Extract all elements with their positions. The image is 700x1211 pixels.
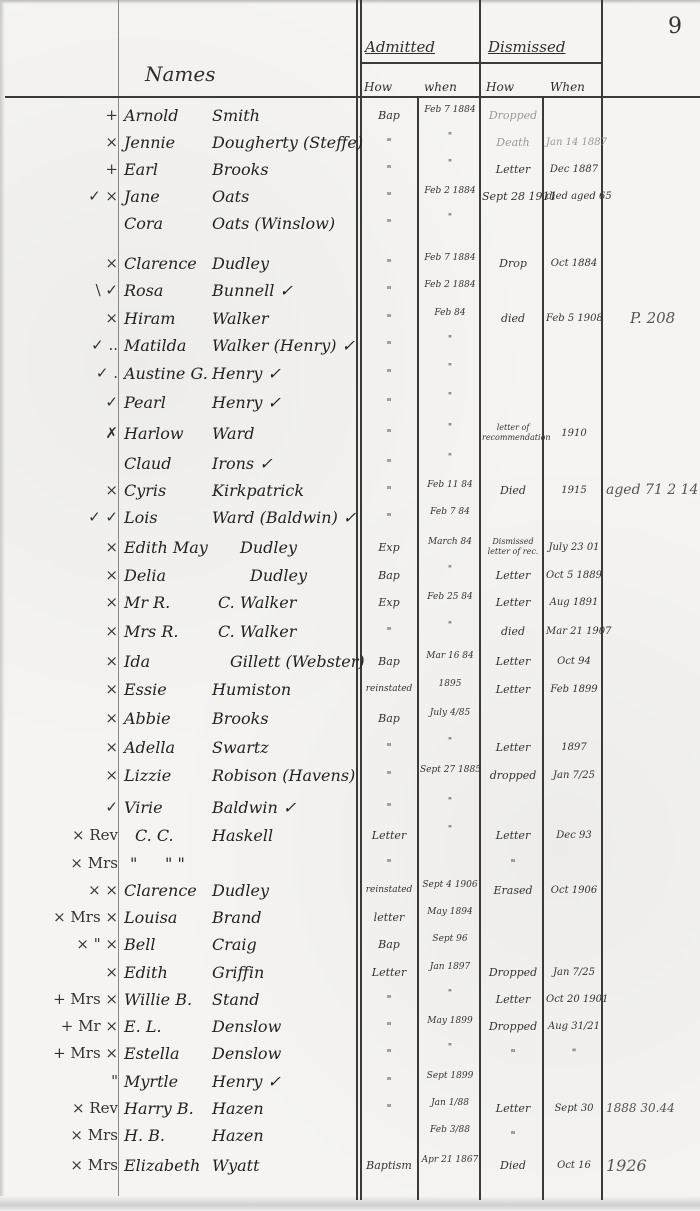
row-dismissed-how: Dropped (482, 102, 544, 129)
row-dismissed-when (546, 102, 602, 129)
row-first-name: Elizabeth (124, 1152, 214, 1179)
row-admitted-when: " (420, 420, 480, 450)
row-last-name: Griffin (212, 959, 360, 986)
row-note (606, 794, 700, 821)
row-dismissed-when: Jan 7/25 (546, 762, 602, 789)
register-row: × Essie Humiston reinstated 1895 Letter … (0, 676, 700, 703)
row-marks: ✓ (10, 794, 118, 821)
row-admitted-how: Exp (362, 534, 416, 561)
register-row: × Rev C. C. Haskell Letter " Letter Dec … (0, 822, 700, 849)
row-marks: + Mrs × (10, 986, 118, 1013)
row-first-name: E. L. (124, 1013, 214, 1040)
row-note (606, 959, 700, 986)
row-admitted-when: " (420, 734, 480, 764)
register-row: × Mrs R. C. Walker " " died Mar 21 1907 (0, 618, 700, 645)
row-note (606, 360, 700, 387)
row-dismissed-when: Feb 1899 (546, 676, 602, 703)
row-last-name: Haskell (212, 822, 360, 849)
row-dismissed-when: Aug 31/21 (546, 1013, 602, 1040)
row-note (606, 618, 700, 645)
register-row: + Mrs × Willie B. Stand " " Letter Oct 2… (0, 986, 700, 1013)
register-row: × Hiram Walker " Feb 84 died Feb 5 1908 … (0, 305, 700, 332)
register-page: 9 Names Admitted Dismissed How when How … (0, 0, 700, 1211)
row-marks: + (10, 156, 118, 183)
row-dismissed-when: July 23 01 (546, 534, 602, 561)
row-dismissed-when (546, 1122, 602, 1149)
row-dismissed-how: Letter (482, 589, 544, 616)
row-first-name: Estella (124, 1040, 214, 1067)
row-dismissed-when: Jan 7/25 (546, 959, 602, 986)
row-first-name: Essie (124, 676, 214, 703)
row-note: 1888 30.44 (606, 1095, 700, 1122)
row-admitted-how: letter (362, 904, 416, 931)
register-row: Cora Oats (Winslow) " " (0, 210, 700, 237)
row-dismissed-when: Oct 1906 (546, 877, 602, 904)
row-admitted-how: " (362, 129, 416, 156)
register-row: × Cyris Kirkpatrick " Feb 11 84 Died 191… (0, 477, 700, 504)
row-admitted-when: " (420, 332, 480, 362)
row-first-name: Jennie (124, 129, 214, 156)
row-admitted-when: Sept 27 1885 (420, 762, 480, 792)
row-admitted-how: " (362, 1095, 416, 1122)
row-note (606, 102, 700, 129)
row-dismissed-how: Letter (482, 986, 544, 1013)
row-first-name: Clarence (124, 250, 214, 277)
row-dismissed-when: Feb 5 1908 (546, 305, 602, 332)
row-dismissed-how (482, 794, 544, 821)
row-admitted-how: " (362, 762, 416, 789)
page-number: 9 (668, 14, 682, 39)
row-last-name: Humiston (212, 676, 360, 703)
row-admitted-how: " (362, 210, 416, 237)
row-first-name: Willie B. (124, 986, 214, 1013)
row-last-name: Kirkpatrick (212, 477, 360, 504)
row-admitted-how: reinstated (362, 877, 416, 904)
row-dismissed-how: died (482, 618, 544, 645)
row-note (606, 1068, 700, 1095)
row-admitted-when: Feb 2 1884 (420, 183, 480, 213)
row-last-name: Henry ✓ (212, 389, 360, 416)
row-dismissed-how (482, 904, 544, 931)
header-dismissed-when: When (550, 80, 585, 94)
row-note (606, 850, 700, 877)
row-note (606, 734, 700, 761)
row-admitted-when: July 4/85 (420, 705, 480, 735)
row-admitted-how: " (362, 794, 416, 821)
row-last-name: " " (165, 850, 313, 877)
row-note (606, 389, 700, 416)
row-note: aged 71 2 14 (606, 477, 700, 504)
row-admitted-how: " (362, 332, 416, 359)
row-dismissed-when: Mar 21 1907 (546, 618, 602, 645)
row-admitted-when: Sept 96 (420, 931, 480, 961)
row-admitted-how: " (362, 305, 416, 332)
register-row: × × Clarence Dudley reinstated Sept 4 19… (0, 877, 700, 904)
row-note (606, 877, 700, 904)
row-last-name: Hazen (212, 1095, 360, 1122)
row-admitted-how: " (362, 389, 416, 416)
row-admitted-how: " (362, 1068, 416, 1095)
row-marks: × (10, 648, 118, 675)
row-note (606, 420, 700, 447)
row-admitted-how: " (362, 450, 416, 477)
row-admitted-how: Bap (362, 102, 416, 129)
register-row: × Clarence Dudley " Feb 7 1884 Drop Oct … (0, 250, 700, 277)
row-dismissed-when: " (546, 1040, 602, 1067)
row-marks: \ ✓ (10, 277, 118, 304)
page-bottom-edge (0, 1196, 700, 1211)
row-marks: + Mr × (10, 1013, 118, 1040)
row-admitted-how: " (362, 1013, 416, 1040)
row-admitted-how: " (362, 477, 416, 504)
row-note (606, 676, 700, 703)
row-dismissed-how: Letter (482, 562, 544, 589)
row-first-name: Jane (124, 183, 214, 210)
row-first-name: Bell (124, 931, 214, 958)
row-marks: × Mrs × (10, 904, 118, 931)
register-row: × Jennie Dougherty (Steffe) " " Death Ja… (0, 129, 700, 156)
row-dismissed-how: Death (482, 129, 544, 156)
row-admitted-how: Letter (362, 959, 416, 986)
header-dismissed-how: How (486, 80, 514, 94)
row-admitted-how: " (362, 986, 416, 1013)
row-admitted-how: " (362, 618, 416, 645)
row-admitted-when: " (420, 156, 480, 186)
row-marks: × × (10, 877, 118, 904)
header-admitted-when: when (424, 80, 457, 94)
row-admitted-how (362, 1122, 416, 1149)
row-note (606, 931, 700, 958)
register-row: × " × Bell Craig Bap Sept 96 (0, 931, 700, 958)
register-row: × Mrs Elizabeth Wyatt Baptism Apr 21 186… (0, 1152, 700, 1179)
register-row: × Edith Griffin Letter Jan 1897 Dropped … (0, 959, 700, 986)
row-note (606, 156, 700, 183)
row-first-name: Matilda (124, 332, 214, 359)
register-row: ✓ ✓ Lois Ward (Baldwin) ✓ " Feb 7 84 (0, 504, 700, 531)
row-admitted-when: " (420, 1040, 480, 1070)
row-dismissed-how: Sept 28 1911 (482, 183, 544, 210)
row-note: 1926 (606, 1152, 700, 1179)
row-last-name: Oats (212, 183, 360, 210)
row-last-name: C. Walker (218, 589, 366, 616)
register-row: × Mr R. C. Walker Exp Feb 25 84 Letter A… (0, 589, 700, 616)
row-admitted-when: Apr 21 1867 (420, 1152, 480, 1182)
row-first-name: Clarence (124, 877, 214, 904)
row-dismissed-when (546, 1068, 602, 1095)
row-admitted-when: March 84 (420, 534, 480, 564)
row-admitted-how: Bap (362, 562, 416, 589)
row-note (606, 1013, 700, 1040)
register-row: × Edith May Dudley Exp March 84 Dismisse… (0, 534, 700, 561)
row-note (606, 332, 700, 359)
row-dismissed-when: Oct 1884 (546, 250, 602, 277)
register-row: + Arnold Smith Bap Feb 7 1884 Dropped (0, 102, 700, 129)
row-admitted-when: " (420, 360, 480, 390)
row-admitted-how: Bap (362, 705, 416, 732)
row-last-name: Irons ✓ (212, 450, 360, 477)
row-admitted-when: Feb 7 1884 (420, 250, 480, 280)
row-marks: ✗ (10, 420, 118, 447)
row-last-name: Oats (Winslow) (212, 210, 360, 237)
row-admitted-how: " (362, 250, 416, 277)
row-first-name: Rosa (124, 277, 214, 304)
row-dismissed-when: 1915 (546, 477, 602, 504)
register-row: ✓ . Austine G. Henry ✓ " " (0, 360, 700, 387)
row-last-name: Denslow (212, 1013, 360, 1040)
row-admitted-how: " (362, 850, 416, 877)
row-admitted-how: Baptism (362, 1152, 416, 1179)
header-admitted-how: How (364, 80, 392, 94)
row-last-name: Robison (Havens) (212, 762, 360, 789)
row-last-name: Brand (212, 904, 360, 931)
row-dismissed-when (546, 504, 602, 531)
row-last-name: Baldwin ✓ (212, 794, 360, 821)
row-admitted-how: " (362, 734, 416, 761)
row-dismissed-how (482, 705, 544, 732)
row-last-name: Hazen (212, 1122, 360, 1149)
row-marks: × (10, 762, 118, 789)
row-note (606, 183, 700, 210)
row-first-name: Abbie (124, 705, 214, 732)
row-dismissed-when: Oct 16 (546, 1152, 602, 1179)
row-dismissed-how (482, 450, 544, 477)
row-admitted-when: Feb 3/88 (420, 1122, 480, 1152)
register-row: ✗ Harlow Ward " " letter of recommendati… (0, 420, 700, 447)
row-first-name: H. B. (124, 1122, 214, 1149)
row-marks (10, 450, 118, 477)
row-admitted-when: Jan 1/88 (420, 1095, 480, 1125)
row-last-name: Ward (Baldwin) ✓ (212, 504, 360, 531)
row-last-name: Denslow (212, 1040, 360, 1067)
row-marks: + Mrs × (10, 1040, 118, 1067)
row-dismissed-how (482, 1068, 544, 1095)
row-dismissed-how: Dismissed letter of rec. (482, 534, 544, 564)
row-admitted-when: May 1899 (420, 1013, 480, 1043)
row-dismissed-when: 1910 (546, 420, 602, 447)
row-marks: × (10, 562, 118, 589)
row-last-name: Swartz (212, 734, 360, 761)
row-note (606, 129, 700, 156)
row-note (606, 277, 700, 304)
row-marks: × Rev (10, 822, 118, 849)
row-admitted-when: " (420, 450, 480, 480)
row-marks: × " × (10, 931, 118, 958)
row-last-name: Henry ✓ (212, 360, 360, 387)
row-admitted-how: " (362, 360, 416, 387)
register-row: × Delia Dudley Bap " Letter Oct 5 1889 (0, 562, 700, 589)
row-marks: × Mrs (10, 850, 118, 877)
row-marks: ✓ . (10, 360, 118, 387)
row-last-name: Craig (212, 931, 360, 958)
row-first-name: Arnold (124, 102, 214, 129)
row-note (606, 589, 700, 616)
row-dismissed-how (482, 931, 544, 958)
row-marks: × Mrs (10, 1152, 118, 1179)
row-last-name: Walker (212, 305, 360, 332)
row-dismissed-when: Jan 14 1887 (546, 129, 602, 156)
row-dismissed-how: " (482, 1040, 544, 1067)
row-note (606, 648, 700, 675)
row-dismissed-when (546, 360, 602, 387)
row-last-name: Henry ✓ (212, 1068, 360, 1095)
register-row: ✓ Virie Baldwin ✓ " " (0, 794, 700, 821)
row-dismissed-when: Oct 5 1889 (546, 562, 602, 589)
row-dismissed-how: letter of recommendation (482, 420, 544, 450)
row-first-name: Cyris (124, 477, 214, 504)
row-admitted-how: " (362, 277, 416, 304)
row-dismissed-how: Letter (482, 648, 544, 675)
row-marks: × (10, 618, 118, 645)
row-last-name: Brooks (212, 705, 360, 732)
row-dismissed-how: Dropped (482, 959, 544, 986)
register-row: ✓ Pearl Henry ✓ " " (0, 389, 700, 416)
row-first-name: Ida (124, 648, 214, 675)
row-marks: × (10, 959, 118, 986)
row-first-name: Hiram (124, 305, 214, 332)
row-marks: × (10, 734, 118, 761)
row-note (606, 705, 700, 732)
row-first-name: Earl (124, 156, 214, 183)
row-marks: " (10, 1068, 118, 1095)
row-admitted-when: " (420, 210, 480, 240)
row-first-name: Harry B. (124, 1095, 214, 1122)
row-admitted-when: 1895 (420, 676, 480, 706)
row-note (606, 1122, 700, 1149)
register-row: + Mr × E. L. Denslow " May 1899 Dropped … (0, 1013, 700, 1040)
row-last-name: Brooks (212, 156, 360, 183)
register-row: × Ida Gillett (Webster) Bap Mar 16 84 Le… (0, 648, 700, 675)
row-first-name: Adella (124, 734, 214, 761)
row-admitted-when: Mar 16 84 (420, 648, 480, 678)
row-dismissed-how (482, 389, 544, 416)
register-row: \ ✓ Rosa Bunnell ✓ " Feb 2 1884 (0, 277, 700, 304)
row-marks: × (10, 250, 118, 277)
row-admitted-when (420, 850, 480, 880)
row-dismissed-how (482, 504, 544, 531)
row-note (606, 450, 700, 477)
row-first-name: Mrs R. (124, 618, 214, 645)
row-marks: + (10, 102, 118, 129)
row-first-name: Edith (124, 959, 214, 986)
row-admitted-when: " (420, 562, 480, 592)
row-admitted-when: " (420, 389, 480, 419)
header-names: Names (145, 62, 216, 86)
row-marks: × (10, 589, 118, 616)
row-last-name: Dudley (212, 250, 360, 277)
row-first-name: Mr R. (124, 589, 214, 616)
row-marks: × (10, 305, 118, 332)
row-admitted-when: " (420, 618, 480, 648)
row-dismissed-when: Oct 20 1901 (546, 986, 602, 1013)
row-first-name: Pearl (124, 389, 214, 416)
row-dismissed-when: Aug 1891 (546, 589, 602, 616)
row-last-name: Bunnell ✓ (212, 277, 360, 304)
row-dismissed-how (482, 210, 544, 237)
row-dismissed-when: Sept 30 (546, 1095, 602, 1122)
row-admitted-how: " (362, 504, 416, 531)
row-first-name: Myrtle (124, 1068, 214, 1095)
row-admitted-how: Bap (362, 931, 416, 958)
row-marks: × Mrs (10, 1122, 118, 1149)
row-dismissed-how: Letter (482, 156, 544, 183)
row-admitted-how: " (362, 420, 416, 447)
row-note (606, 1040, 700, 1067)
row-first-name: Cora (124, 210, 214, 237)
row-last-name: Gillett (Webster) (230, 648, 378, 675)
row-dismissed-how: Letter (482, 1095, 544, 1122)
row-marks: × (10, 676, 118, 703)
row-admitted-when: Feb 2 1884 (420, 277, 480, 307)
row-dismissed-how (482, 277, 544, 304)
register-row: ✓ .. Matilda Walker (Henry) ✓ " " (0, 332, 700, 359)
row-admitted-when: " (420, 822, 480, 852)
row-dismissed-when (546, 794, 602, 821)
row-note (606, 762, 700, 789)
row-last-name: Dudley (212, 877, 360, 904)
register-row: Claud Irons ✓ " " (0, 450, 700, 477)
row-note (606, 562, 700, 589)
row-note: P. 208 (630, 305, 700, 332)
row-note (606, 986, 700, 1013)
row-note (606, 904, 700, 931)
row-note (606, 250, 700, 277)
row-dismissed-when: died aged 65 (546, 183, 602, 210)
register-row: × Rev Harry B. Hazen " Jan 1/88 Letter S… (0, 1095, 700, 1122)
row-admitted-when: Feb 7 1884 (420, 102, 480, 132)
row-admitted-how: " (362, 1040, 416, 1067)
register-row: × Lizzie Robison (Havens) " Sept 27 1885… (0, 762, 700, 789)
row-admitted-when: May 1894 (420, 904, 480, 934)
row-admitted-when: Feb 11 84 (420, 477, 480, 507)
row-dismissed-how: " (482, 850, 544, 877)
rule-header-bottom (5, 96, 700, 98)
register-row: + Mrs × Estella Denslow " " " " (0, 1040, 700, 1067)
register-row: × Mrs × Louisa Brand letter May 1894 (0, 904, 700, 931)
row-marks: ✓ × (10, 183, 118, 210)
row-admitted-how: reinstated (362, 676, 416, 703)
row-admitted-when: Feb 7 84 (420, 504, 480, 534)
row-marks: ✓ .. (10, 332, 118, 359)
row-dismissed-how: died (482, 305, 544, 332)
row-last-name: Wyatt (212, 1152, 360, 1179)
header-dismissed: Dismissed (488, 38, 565, 56)
row-dismissed-how: Died (482, 1152, 544, 1179)
row-first-name: Delia (124, 562, 214, 589)
row-first-name: Harlow (124, 420, 214, 447)
rule-header-underline (361, 62, 601, 64)
row-marks: × (10, 705, 118, 732)
row-admitted-how: Letter (362, 822, 416, 849)
row-admitted-when: Sept 4 1906 (420, 877, 480, 907)
row-dismissed-when: Dec 93 (546, 822, 602, 849)
row-first-name: Claud (124, 450, 214, 477)
row-first-name: Edith May (124, 534, 214, 561)
row-marks: × (10, 477, 118, 504)
row-marks: × Rev (10, 1095, 118, 1122)
row-admitted-when: Sept 1899 (420, 1068, 480, 1098)
row-dismissed-how: Dropped (482, 1013, 544, 1040)
row-dismissed-how: Letter (482, 676, 544, 703)
row-admitted-when: " (420, 986, 480, 1016)
register-row: × Mrs " " " " " (0, 850, 700, 877)
row-admitted-how: Bap (362, 648, 416, 675)
row-last-name: Dougherty (Steffe) (212, 129, 360, 156)
row-marks: ✓ (10, 389, 118, 416)
row-admitted-when: " (420, 129, 480, 159)
row-marks (10, 210, 118, 237)
row-admitted-how: " (362, 156, 416, 183)
row-dismissed-when (546, 904, 602, 931)
